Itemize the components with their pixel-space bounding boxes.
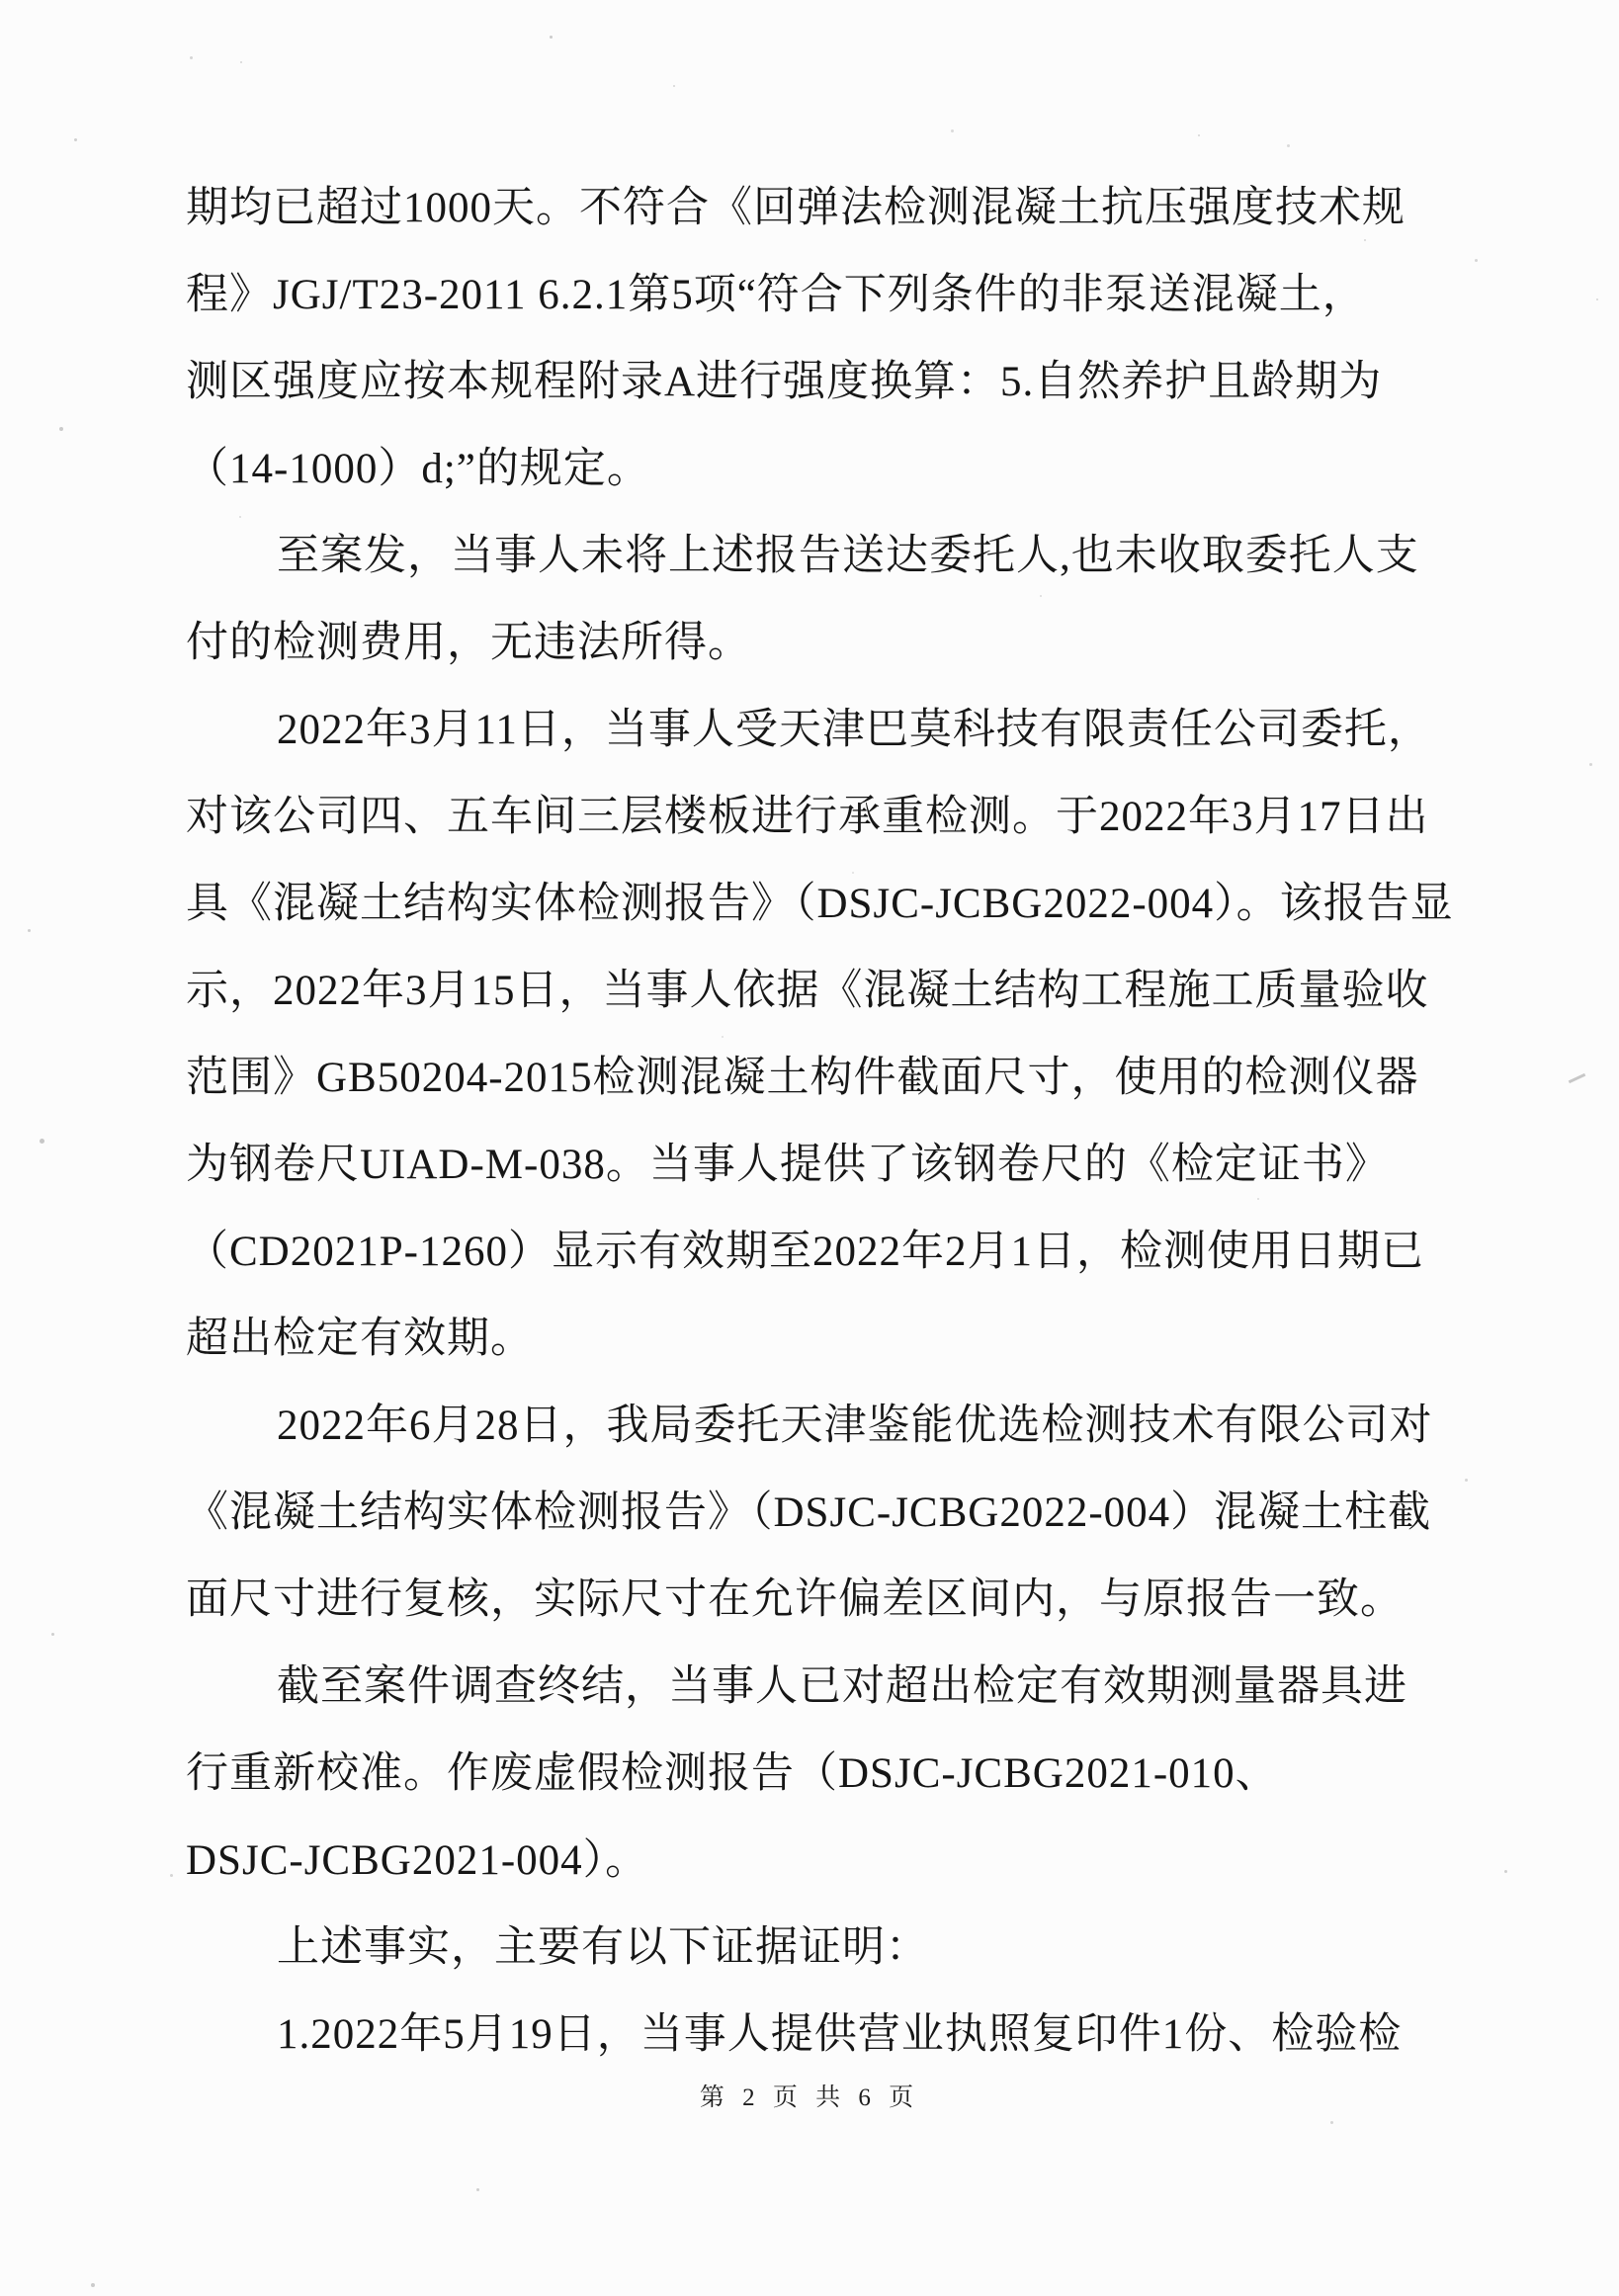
text-line: 超出检定有效期。 — [186, 1296, 1471, 1383]
text-line: 2022年6月28日，我局委托天津鉴能优选检测技术有限公司对 — [186, 1383, 1471, 1470]
text-line: 面尺寸进行复核，实际尺寸在允许偏差区间内，与原报告一致。 — [186, 1557, 1471, 1644]
text-line: 2022年3月11日，当事人受天津巴莫科技有限责任公司委托， — [186, 687, 1471, 774]
text-line: 1.2022年5月19日，当事人提供营业执照复印件1份、检验检 — [186, 1992, 1471, 2079]
text-line: 期均已超过1000天。不符合《回弹法检测混凝土抗压强度技术规 — [186, 165, 1471, 252]
text-line: 至案发，当事人未将上述报告送达委托人,也未收取委托人支 — [186, 513, 1471, 600]
text-line: 付的检测费用，无违法所得。 — [186, 600, 1471, 687]
text-line: 《混凝土结构实体检测报告》（DSJC-JCBG2022-004）混凝土柱截 — [186, 1470, 1471, 1557]
text-line: 测区强度应按本规程附录A进行强度换算：5.自然养护且龄期为 — [186, 339, 1471, 426]
text-line: 行重新校准。作废虚假检测报告（DSJC-JCBG2021-010、 — [186, 1731, 1471, 1818]
text-line: 程》JGJ/T23-2011 6.2.1第5项“符合下列条件的非泵送混凝土， — [186, 252, 1471, 339]
text-line: 示，2022年3月15日，当事人依据《混凝土结构工程施工质量验收 — [186, 948, 1471, 1035]
text-line: （CD2021P-1260）显示有效期至2022年2月1日，检测使用日期已 — [186, 1209, 1471, 1296]
text-line: 为钢卷尺UIAD-M-038。当事人提供了该钢卷尺的《检定证书》 — [186, 1122, 1471, 1209]
document-page: 期均已超过1000天。不符合《回弹法检测混凝土抗压强度技术规程》JGJ/T23-… — [0, 0, 1619, 2296]
text-line: 上述事实，主要有以下证据证明： — [186, 1905, 1471, 1992]
text-line: （14-1000）d;”的规定。 — [186, 426, 1471, 513]
text-line: 具《混凝土结构实体检测报告》（DSJC-JCBG2022-004）。该报告显 — [186, 861, 1471, 948]
text-line: 范围》GB50204-2015检测混凝土构件截面尺寸，使用的检测仪器 — [186, 1035, 1471, 1122]
text-line: 对该公司四、五车间三层楼板进行承重检测。于2022年3月17日出 — [186, 774, 1471, 861]
text-line: 截至案件调查终结，当事人已对超出检定有效期测量器具进 — [186, 1644, 1471, 1731]
document-lines: 期均已超过1000天。不符合《回弹法检测混凝土抗压强度技术规程》JGJ/T23-… — [186, 165, 1471, 2079]
page-number-footer: 第 2 页 共 6 页 — [0, 2078, 1619, 2119]
text-line: DSJC-JCBG2021-004）。 — [186, 1818, 1471, 1905]
